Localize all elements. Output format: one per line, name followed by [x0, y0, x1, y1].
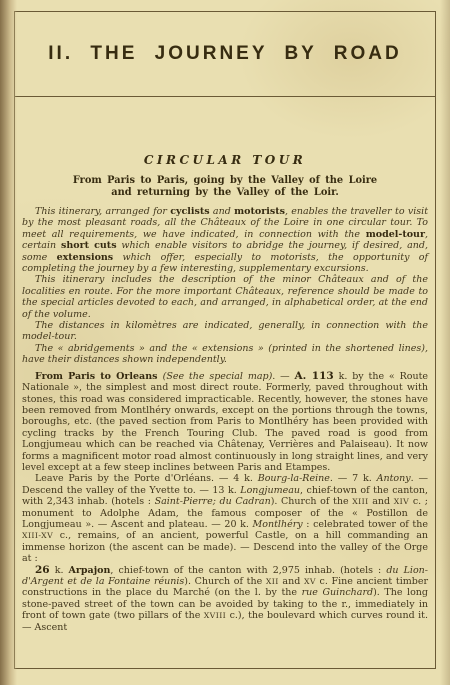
subtitle-line-2: and returning by the Valley of the Loir. — [22, 187, 428, 199]
text-run: . — — [272, 371, 294, 382]
paragraph: This itinerary includes the description … — [22, 274, 428, 320]
text-run: Montlhéry — [253, 519, 303, 530]
paragraph: The distances in kilomètres are indicate… — [22, 320, 428, 343]
text-run: Arpajon — [69, 565, 111, 576]
text-run: This itinerary includes the description … — [22, 274, 428, 319]
text-run: XII — [266, 577, 279, 586]
text-run: Longjumeau — [240, 485, 300, 496]
paragraph: Leave Paris by the Porte d'Orléans. — 4 … — [22, 473, 428, 564]
body-paragraphs: This itinerary, arranged for cyclists an… — [22, 206, 428, 633]
text-run: and — [210, 206, 235, 217]
text-run: Leave Paris by the Porte d'Orléans. — 4 … — [35, 473, 258, 484]
chapter-title-block: II. THE JOURNEY BY ROAD — [15, 12, 435, 97]
chapter-title: II. THE JOURNEY BY ROAD — [48, 43, 401, 65]
text-run: XIII — [352, 497, 368, 506]
text-run: Saint-Pierre; du Cadran — [155, 496, 271, 507]
text-run: XIV — [394, 497, 409, 506]
text-run: Bourg-la-Reine — [258, 473, 330, 484]
text-run: XV — [304, 577, 316, 586]
text-run: From Paris to Orleans — [35, 371, 163, 382]
text-run: k. — [50, 565, 69, 576]
text-run: A. 113 — [295, 370, 334, 382]
paragraph: From Paris to Orleans (See the special m… — [22, 371, 428, 474]
text-run: motorists — [234, 206, 285, 217]
text-run: . — 7 k. — [330, 473, 377, 484]
text-run: Antony — [377, 473, 411, 484]
text-run: , chief-town of the canton with 2,975 in… — [110, 565, 386, 576]
text-run: k. by the « Route Nationale », the simpl… — [22, 371, 428, 473]
text-run: c., remains, of an ancient, powerful Cas… — [22, 530, 428, 564]
page-content: CIRCULAR TOUR From Paris to Paris, going… — [15, 153, 435, 633]
text-run: model-tour — [366, 229, 425, 240]
text-run: (See the special map) — [163, 371, 273, 382]
text-run: extensions — [57, 252, 114, 263]
section-subtitle: From Paris to Paris, going by the Valley… — [22, 175, 428, 198]
page-border-frame: II. THE JOURNEY BY ROAD CIRCULAR TOUR Fr… — [14, 11, 436, 669]
text-run: rue Guinchard — [302, 587, 373, 598]
text-run: and — [279, 576, 304, 587]
text-run: ). Church of the — [271, 496, 353, 507]
text-run: short cuts — [61, 240, 117, 251]
text-run: XVIII — [204, 611, 226, 620]
text-run: ). Church of the — [184, 576, 266, 587]
text-run: The distances in kilomètres are indicate… — [22, 320, 428, 342]
text-run: This itinerary, arranged for — [35, 206, 170, 217]
text-run: 26 — [35, 564, 50, 576]
paragraph: The « abridgements » and the « extension… — [22, 343, 428, 366]
paragraph: 26 k. Arpajon, chief-town of the canton … — [22, 565, 428, 633]
text-run: : celebrated tower of the — [303, 519, 428, 530]
scan-edge-shadow-right — [440, 0, 450, 685]
text-run: The « abridgements » and the « extension… — [22, 343, 428, 365]
subtitle-line-1: From Paris to Paris, going by the Valley… — [22, 175, 428, 187]
paragraph: This itinerary, arranged for cyclists an… — [22, 206, 428, 274]
text-run: cyclists — [170, 206, 209, 217]
section-heading: CIRCULAR TOUR — [22, 153, 428, 167]
text-run: and — [369, 496, 394, 507]
text-run: XIII-XV — [22, 531, 53, 540]
